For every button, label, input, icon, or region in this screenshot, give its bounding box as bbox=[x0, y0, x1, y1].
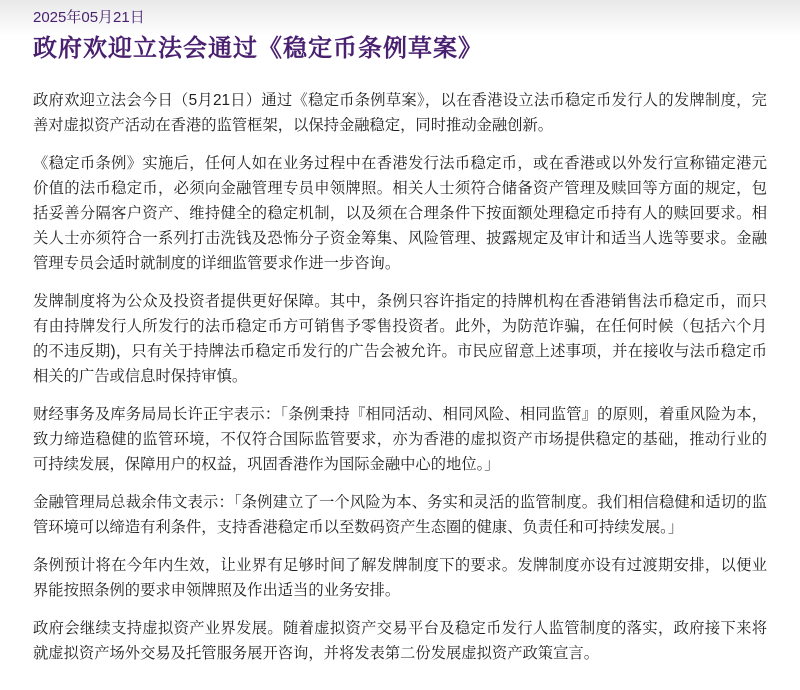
article-paragraph-effective-date: 条例预计将在今年内生效，让业界有足够时间了解发牌制度下的要求。发牌制度亦设有过渡… bbox=[33, 553, 767, 603]
article-paragraph-fstb-quote: 财经事务及库务局局长许正宇表示：「条例秉持『相同活动、相同风险、相同监管』的原则… bbox=[33, 402, 767, 477]
article-title: 政府欢迎立法会通过《稳定币条例草案》 bbox=[33, 34, 767, 64]
article-paragraph-intro: 政府欢迎立法会今日（5月21日）通过《稳定币条例草案》，以在香港设立法币稳定币发… bbox=[33, 88, 767, 138]
article-paragraph-investor-protection: 发牌制度将为公众及投资者提供更好保障。其中，条例只容许指定的持牌机构在香港销售法… bbox=[33, 289, 767, 389]
article-paragraph-hkma-quote: 金融管理局总裁余伟文表示：「条例建立了一个风险为本、务实和灵活的监管制度。我们相… bbox=[33, 490, 767, 540]
article-paragraph-licensing-requirements: 《稳定币条例》实施后，任何人如在业务过程中在香港发行法币稳定币，或在香港或以外发… bbox=[33, 151, 767, 276]
article-paragraph-future-plans: 政府会继续支持虚拟资产业界发展。随着虚拟资产交易平台及稳定币发行人监管制度的落实… bbox=[33, 616, 767, 666]
press-release-article: 2025年05月21日 政府欢迎立法会通过《稳定币条例草案》 政府欢迎立法会今日… bbox=[0, 0, 800, 690]
article-date: 2025年05月21日 bbox=[33, 8, 767, 28]
